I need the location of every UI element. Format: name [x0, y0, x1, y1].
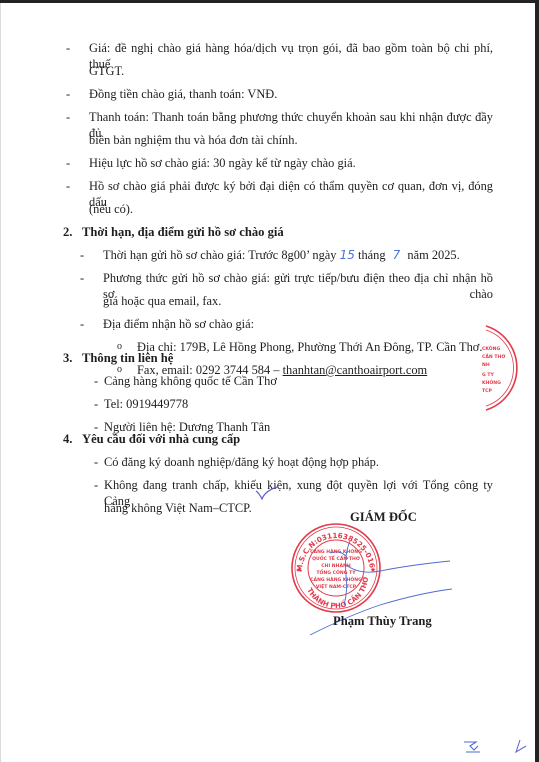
page-seal-partial: CKÔNG CẦN THƠ NH G TY KHÔNG TCP	[480, 322, 536, 414]
svg-text:NH: NH	[482, 362, 490, 368]
viewer-frame-top	[0, 0, 539, 3]
currency-line: Đồng tiền chào giá, thanh toán: VNĐ.	[89, 86, 277, 102]
deadline-suffix: năm 2025.	[407, 248, 459, 262]
svg-text:CKÔNG: CKÔNG	[482, 345, 500, 352]
section3-number: 3.	[63, 350, 72, 366]
page-edge-left	[0, 3, 1, 762]
validity-line: Hiệu lực hồ sơ chào giá: 30 ngày kể từ n…	[89, 155, 356, 171]
contact-org: Cảng hàng không quốc tế Cần Thơ	[104, 373, 277, 389]
signing-line-1: Hồ sơ chào giá phải được ký bởi đại diện…	[89, 178, 493, 210]
bullet-dash: -	[94, 477, 98, 493]
svg-text:★: ★	[296, 566, 302, 574]
location-label: Địa điểm nhận hồ sơ chào giá:	[103, 316, 254, 332]
handwritten-month: 7	[393, 248, 401, 262]
signing-line-2: (nếu có).	[89, 201, 133, 217]
bullet-dash: -	[80, 270, 84, 286]
section4-title: Yêu cầu đối với nhà cung cấp	[82, 431, 240, 447]
initials-mark-1	[462, 740, 482, 754]
method-line-2: giá hoặc qua email, fax.	[103, 293, 221, 309]
bullet-dash: -	[94, 373, 98, 389]
payment-line-2: biên bản nghiệm thu và hóa đơn tài chính…	[89, 132, 298, 148]
svg-text:CẦN THƠ: CẦN THƠ	[482, 351, 505, 360]
section2-title: Thời hạn, địa điểm gửi hồ sơ chào giá	[82, 224, 284, 240]
bullet-dash: -	[80, 316, 84, 332]
bullet-dash: -	[66, 40, 70, 56]
price-line-2: GTGT.	[89, 63, 124, 79]
bullet-dash: -	[94, 396, 98, 412]
handwritten-day: 15	[340, 248, 355, 262]
section3-title: Thông tin liên hệ	[82, 350, 173, 366]
bullet-dash: -	[94, 454, 98, 470]
deadline-month-label: tháng	[358, 248, 386, 262]
signer-name: Phạm Thùy Trang	[333, 614, 432, 629]
address-line: Địa chỉ: 179B, Lê Hồng Phong, Phường Thớ…	[137, 339, 482, 355]
bullet-dash: -	[66, 109, 70, 125]
deadline-line: Thời hạn gửi hồ sơ chào giá: Trước 8g00’…	[103, 247, 460, 263]
deadline-prefix: Thời hạn gửi hồ sơ chào giá: Trước 8g00’…	[103, 248, 337, 262]
svg-text:KHÔNG: KHÔNG	[482, 379, 501, 386]
email-link[interactable]: thanhtan@canthoairport.com	[283, 363, 428, 377]
bullet-dash: -	[66, 155, 70, 171]
contact-tel: Tel: 0919449778	[104, 396, 188, 412]
requirement-1: Có đăng ký doanh nghiệp/đăng ký hoạt độn…	[104, 454, 379, 470]
section4-number: 4.	[63, 431, 72, 447]
requirement-2-line-2: hàng không Việt Nam–CTCP.	[104, 500, 252, 516]
svg-text:TCP: TCP	[482, 388, 493, 394]
price-line-1: Giá: đề nghị chào giá hàng hóa/dịch vụ t…	[89, 40, 493, 72]
bullet-dash: -	[66, 178, 70, 194]
section2-number: 2.	[63, 224, 72, 240]
bullet-dash: -	[66, 86, 70, 102]
initials-mark-2	[512, 738, 528, 754]
svg-text:G TY: G TY	[482, 372, 495, 378]
handwritten-signature	[340, 535, 460, 615]
bullet-dash: -	[80, 247, 84, 263]
check-mark-icon	[255, 485, 279, 503]
